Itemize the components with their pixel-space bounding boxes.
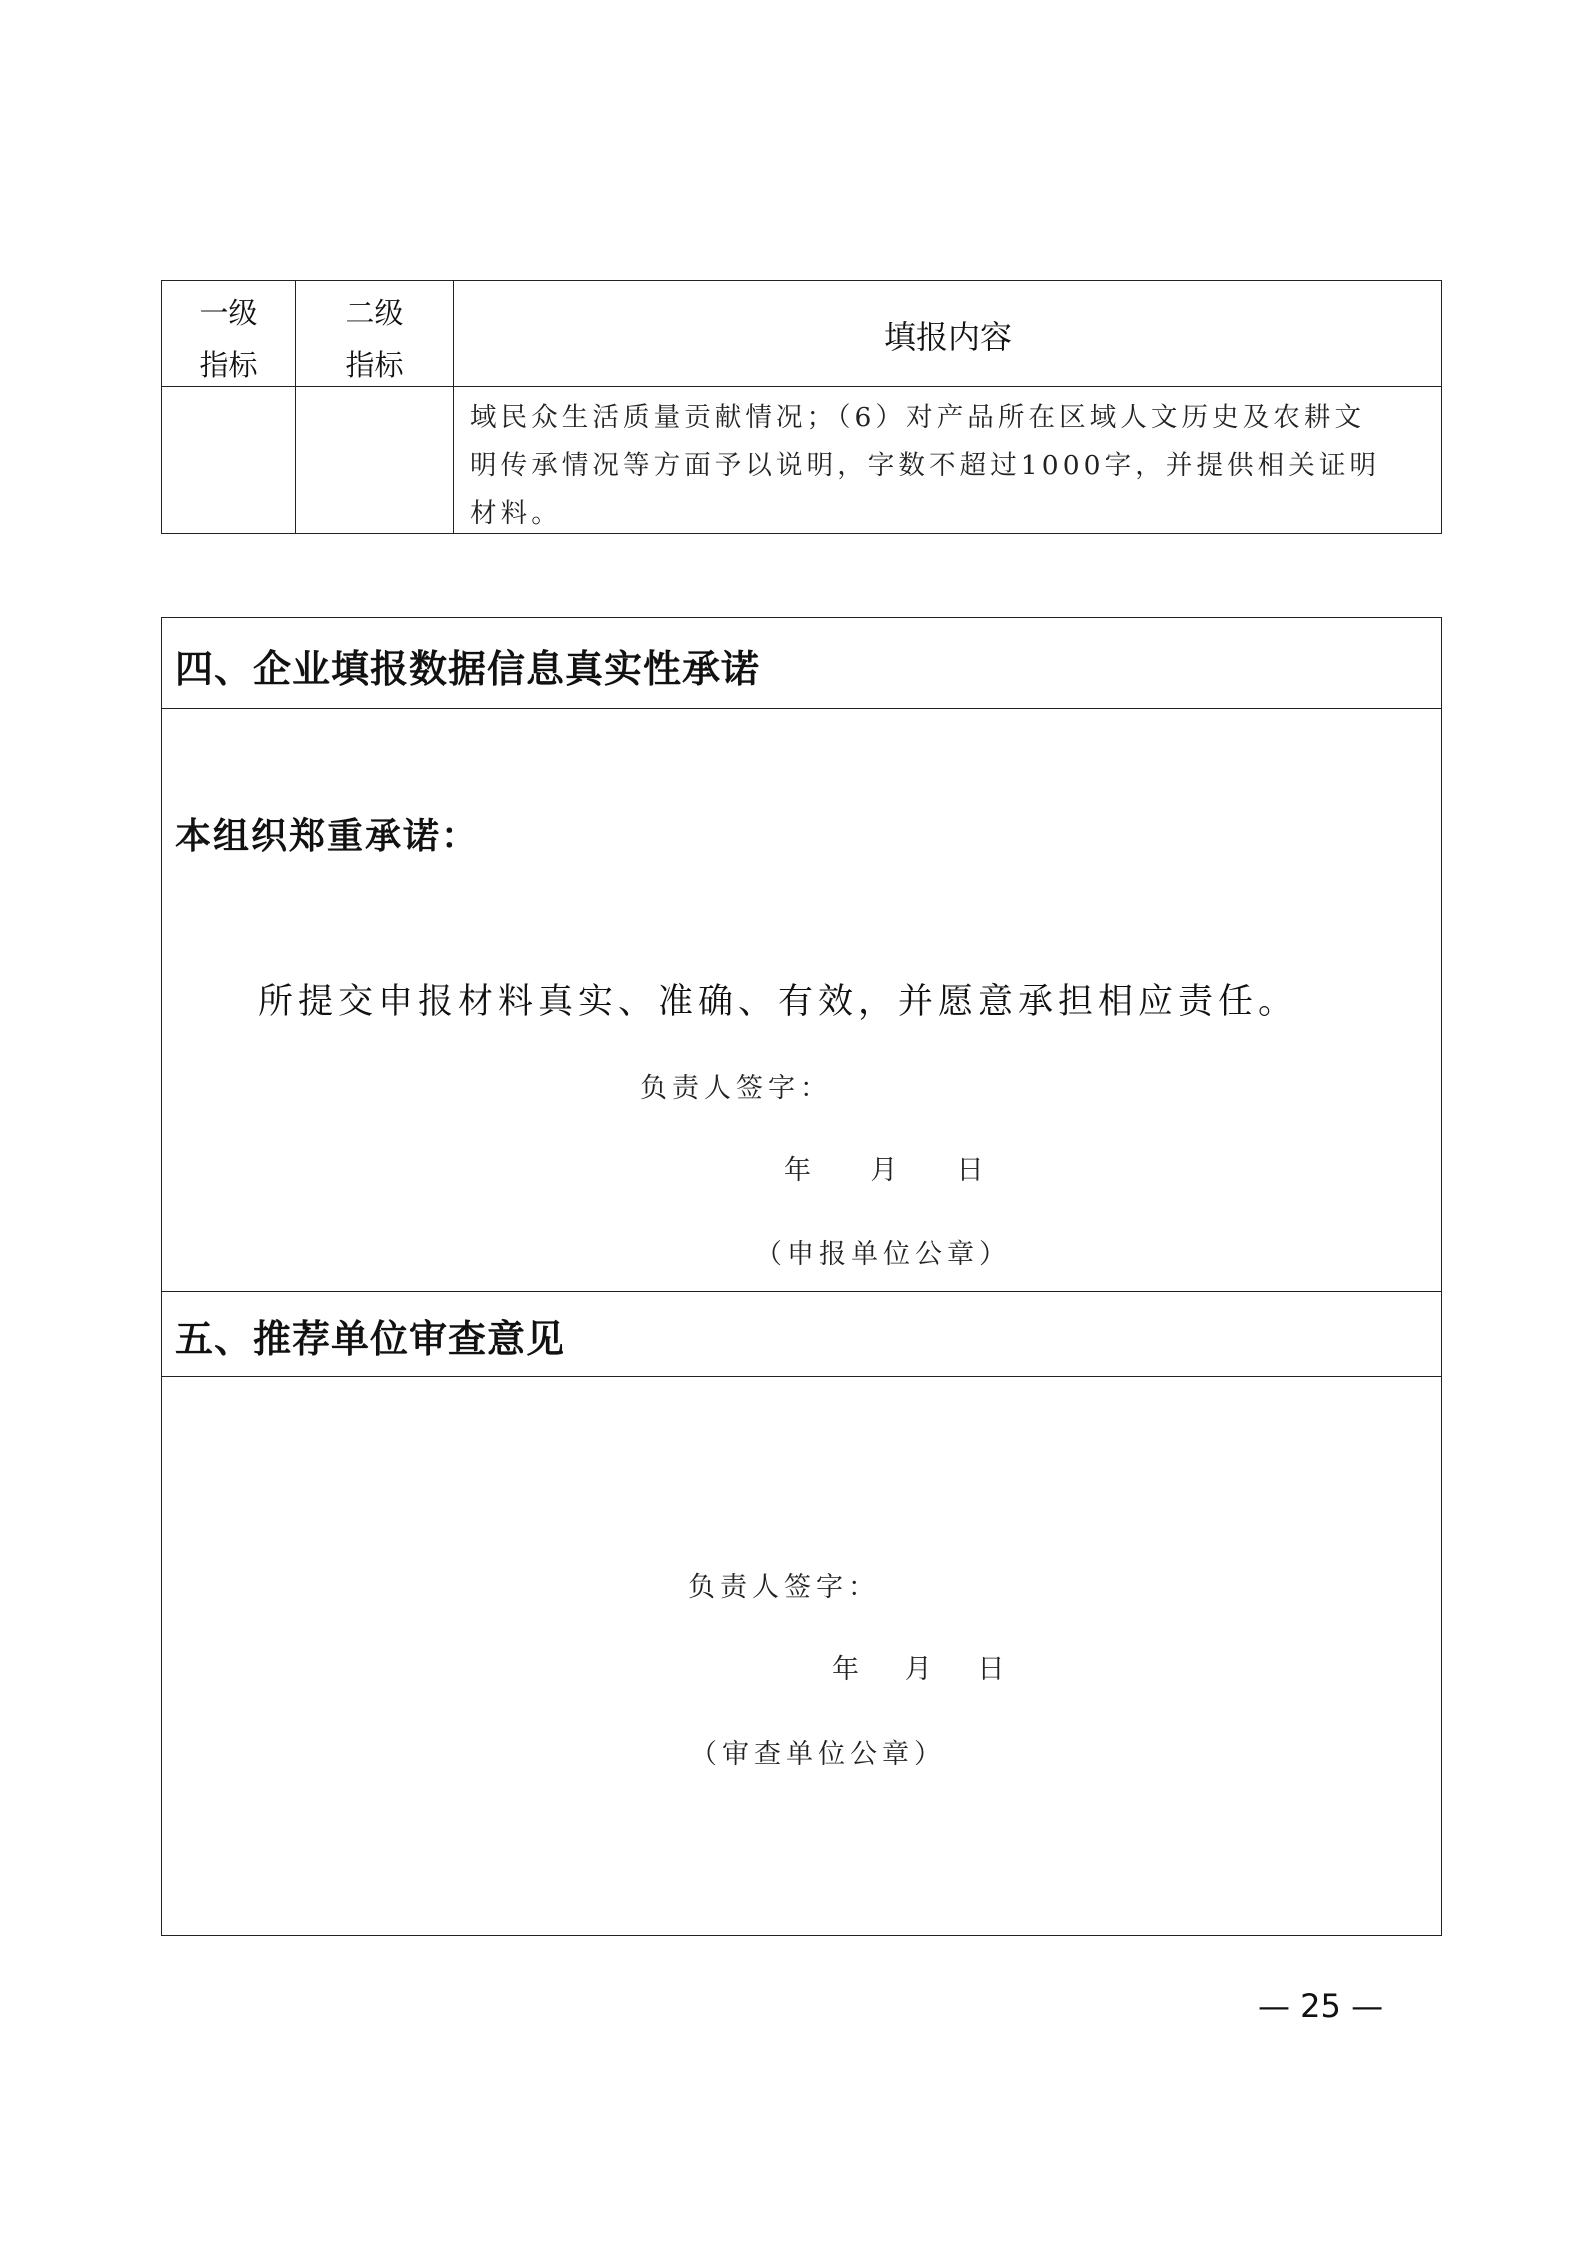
section4-seal-label: （申报单位公章） [755,1232,1011,1271]
header-level2-line1: 二级 [296,287,453,339]
section5-seal-label: （审查单位公章） [690,1732,946,1771]
header-level1-line1: 一级 [162,287,295,339]
row-content-line: 域民众生活质量贡献情况；（6）对产品所在区域人文历史及农耕文 [470,394,1440,442]
page-number: — 25 — [1258,1987,1383,2025]
section4-date-label: 年 月 日 [784,1148,989,1187]
section5-top-divider [161,1291,1442,1292]
section5-signature-label: 负责人签字： [688,1565,880,1604]
section5-date-label: 年 月 日 [832,1647,1010,1686]
header-level1: 一级 指标 [162,287,295,391]
table-row: 域民众生活质量贡献情况；（6）对产品所在区域人文历史及农耕文 明传承情况等方面予… [470,394,1440,538]
section4-header-divider [161,708,1442,709]
header-level2-line2: 指标 [296,339,453,391]
pledge-lead: 本组织郑重承诺： [175,808,479,859]
row-content-line: 明传承情况等方面予以说明，字数不超过1000字，并提供相关证明 [470,442,1440,490]
section5-title: 五、推荐单位审查意见 [175,1308,565,1363]
row-content-line: 材料。 [470,490,1440,538]
header-level2: 二级 指标 [296,287,453,391]
section4-title: 四、企业填报数据信息真实性承诺 [175,638,760,693]
header-level1-line2: 指标 [162,339,295,391]
section5-header-divider [161,1376,1442,1377]
header-content: 填报内容 [454,312,1442,358]
pledge-statement: 所提交申报材料真实、准确、有效，并愿意承担相应责任。 [258,974,1298,1024]
section4-signature-label: 负责人签字： [640,1066,832,1105]
